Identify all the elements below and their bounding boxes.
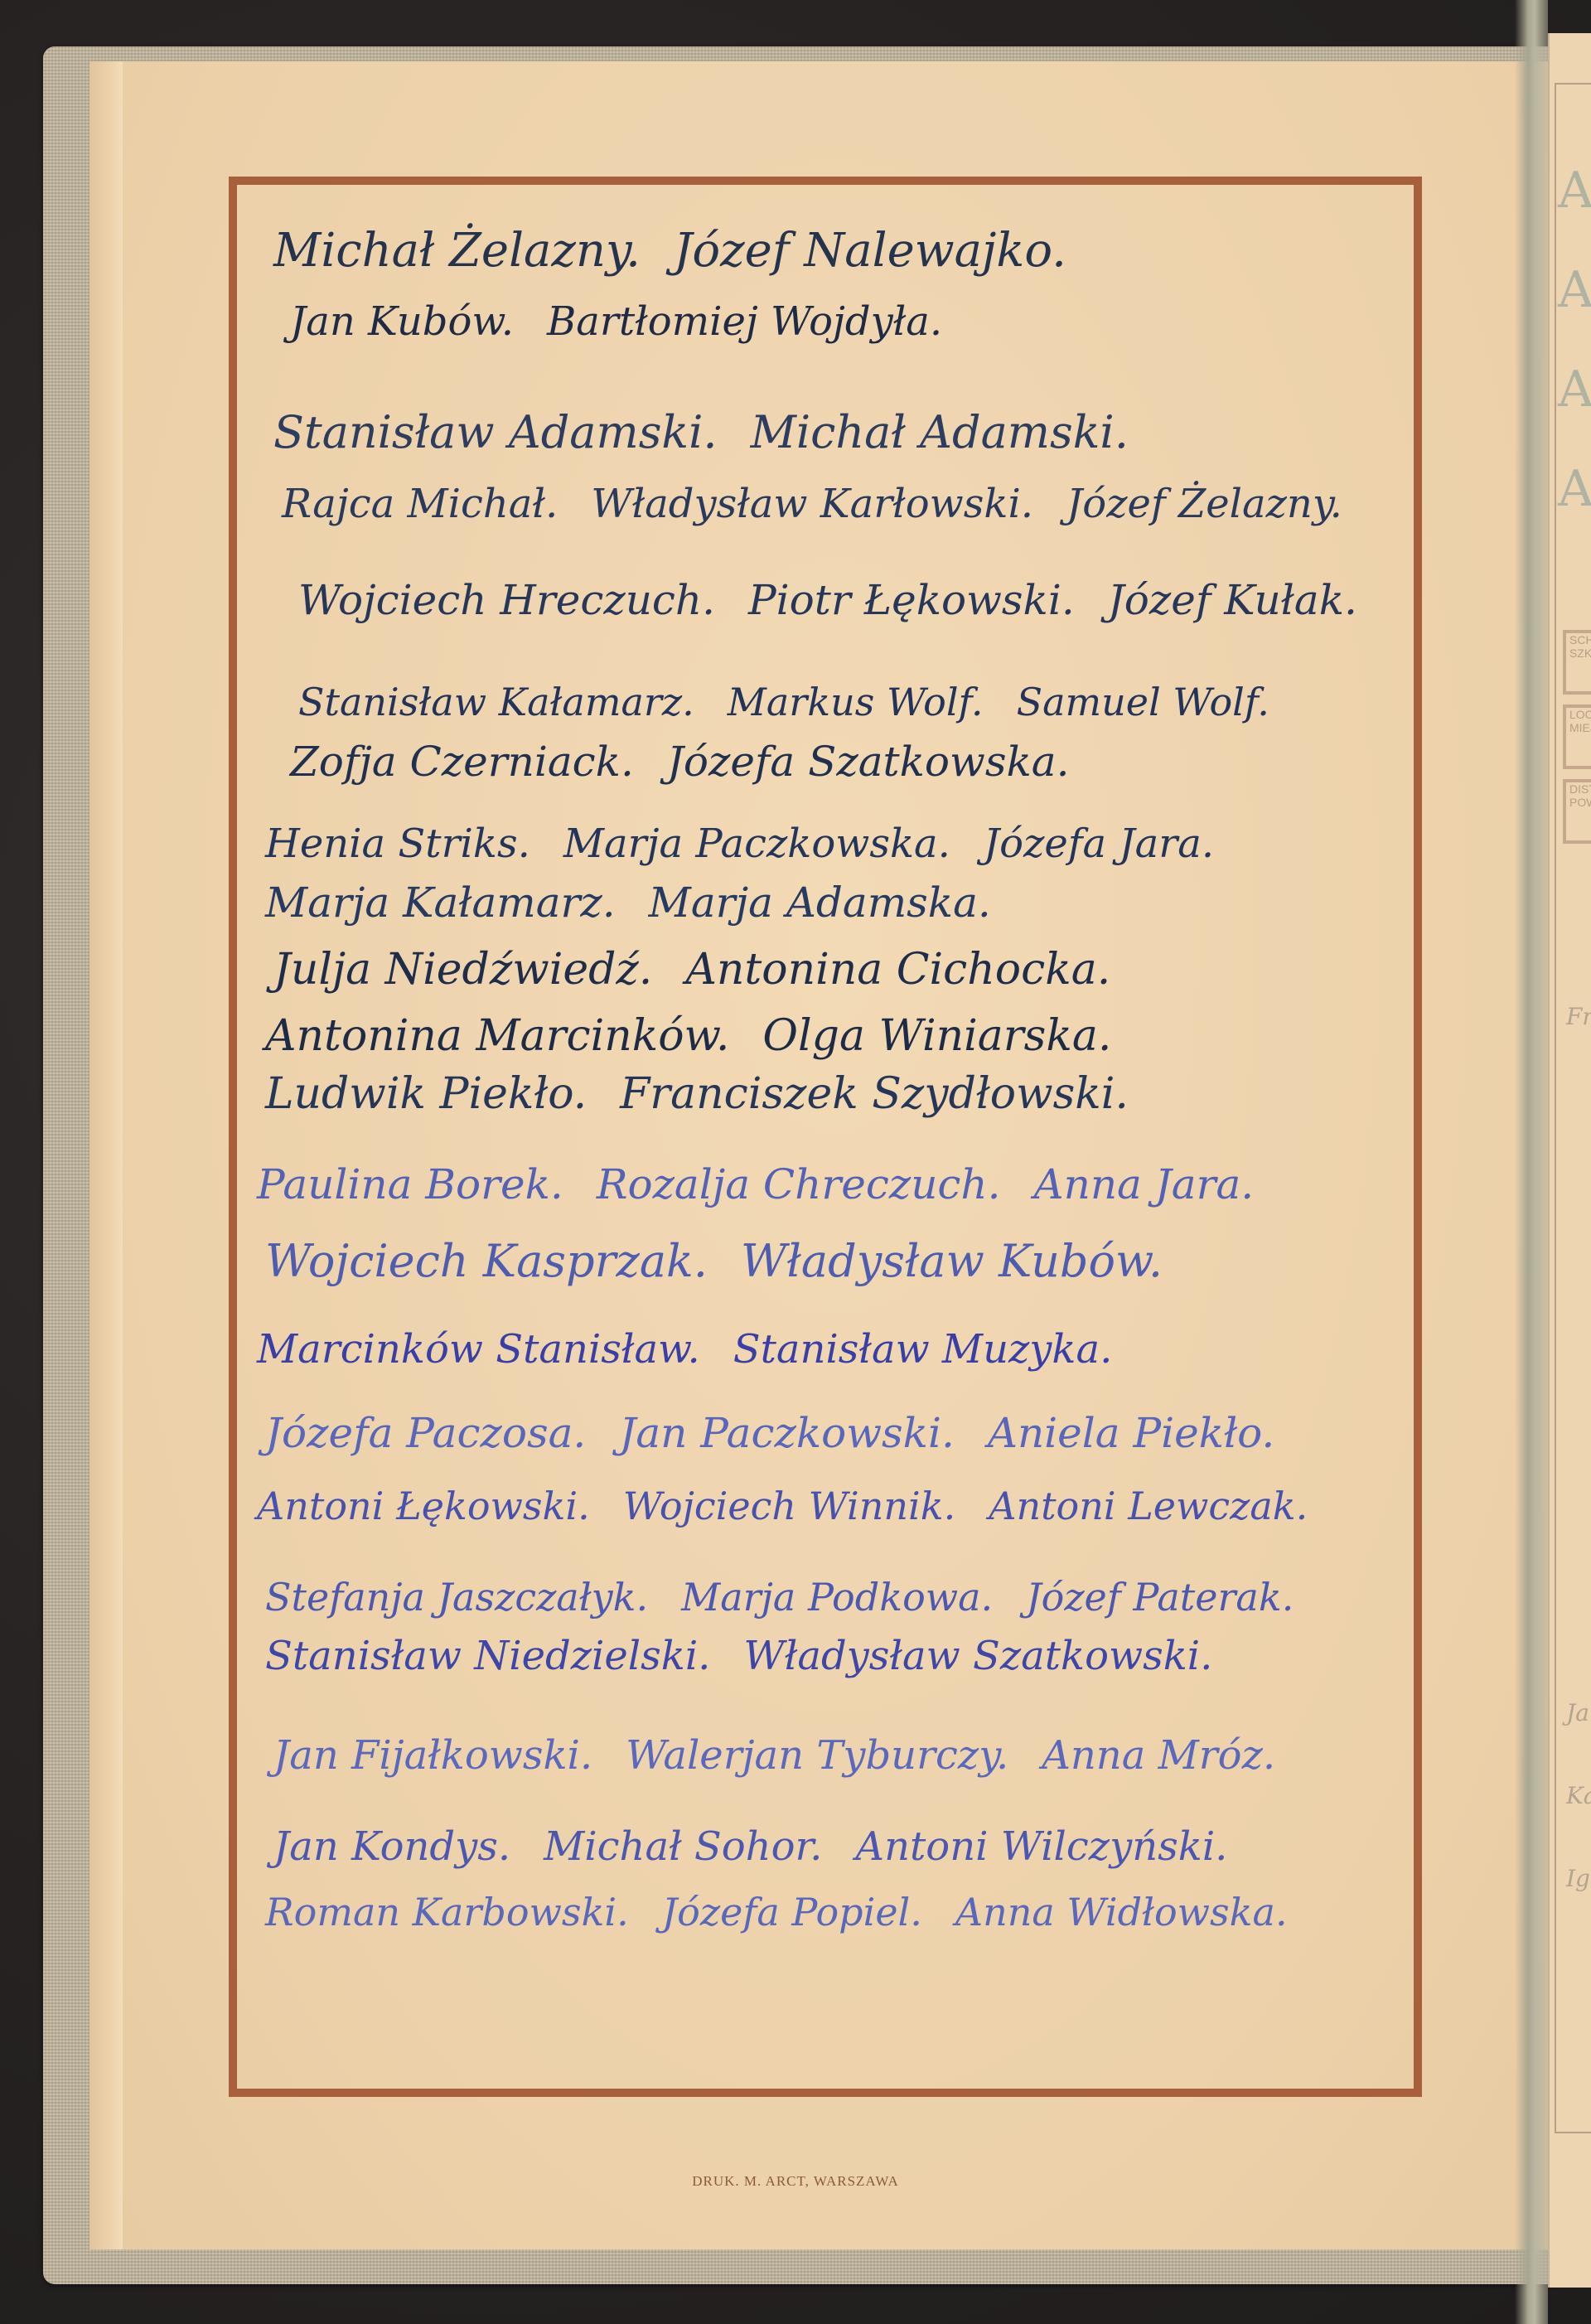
signature-name: Józef Nalewajko. [674,224,1066,278]
signature-name: Stefanja Jaszczałyk. [265,1575,648,1620]
signature-line: Rajca Michał.Władysław Karłowski.Józef Ż… [282,481,1376,527]
decorative-letter-icon: A [1558,464,1591,514]
adjacent-label-school: SCHOOL SZKOŁA [1563,630,1591,695]
signature-line: Stanisław Niedzielski.Władysław Szatkows… [265,1633,1245,1679]
signature-name: Wojciech Winnik. [623,1484,955,1528]
signature-name: Marja Kałamarz. [265,879,616,927]
signature-name: Franciszek Szydłowski. [620,1069,1129,1119]
signature-name: Aniela Piekło. [988,1409,1274,1457]
signature-line: Wojciech Hreczuch.Piotr Łękowski.Józef K… [298,576,1390,624]
adjacent-ghost-name: Kar [1566,1782,1591,1809]
signature-line: Zofja Czerniack.Józefa Szatkowska. [290,738,1103,786]
signature-line: Józefa Paczosa.Jan Paczkowski.Aniela Pie… [265,1409,1308,1457]
signature-name: Stanisław Niedzielski. [265,1633,710,1679]
signature-list: Michał Żelazny.Józef Nalewajko.Jan Kubów… [257,207,1400,2080]
signature-name: Józef Kułak. [1108,576,1357,624]
signature-name: Antoni Lewczak. [989,1484,1308,1528]
signature-name: Józef Paterak. [1026,1575,1294,1620]
signature-name: Paulina Borek. [257,1160,563,1208]
signature-name: Michał Adamski. [751,406,1129,458]
signature-line: Stefanja Jaszczałyk.Marja Podkowa.Józef … [265,1575,1327,1620]
signature-name: Józefa Paczosa. [265,1409,586,1457]
signature-line: Stanisław Adamski.Michał Adamski. [273,406,1162,458]
signature-name: Antonina Cichocka. [685,945,1110,995]
signature-name: Marja Podkowa. [681,1575,993,1620]
signature-name: Anna Widłowska. [955,1890,1288,1934]
signature-name: Rajca Michał. [282,481,558,527]
signature-name: Władysław Kubów. [741,1235,1163,1287]
page-stack-edge [89,61,124,2249]
signature-name: Marja Adamska. [649,879,991,927]
adjacent-ghost-name: Fran [1566,1003,1591,1030]
signature-line: Michał Żelazny.Józef Nalewajko. [273,224,1100,278]
decorative-letter-icon: A [1558,365,1591,414]
adjacent-label-district: DISTR POWI [1563,779,1591,844]
decorative-letter-icon: A [1558,166,1591,215]
signature-line: Marcinków Stanisław.Stanisław Muzyka. [257,1326,1145,1373]
signature-name: Władysław Karłowski. [591,481,1033,527]
signature-line: Wojciech Kasprzak.Władysław Kubów. [265,1235,1196,1287]
adjacent-ghost-name: Jan [1566,1699,1591,1726]
signature-name: Anna Mróz. [1042,1732,1275,1779]
signature-name: Bartłomiej Wojdyła. [547,298,942,345]
signature-name: Julja Niedźwiedź. [273,945,652,995]
signature-name: Rozalja Chreczuch. [597,1160,1001,1208]
signature-name: Jan Kubów. [290,298,514,345]
signature-name: Antonina Marcinków. [265,1011,729,1061]
signature-name: Jan Kondys. [273,1823,510,1870]
signature-name: Markus Wolf. [728,680,984,724]
signature-name: Antoni Łękowski. [257,1484,590,1528]
signature-line: Roman Karbowski.Józefa Popiel.Anna Widło… [265,1890,1321,1934]
printer-imprint: DRUK. M. ARCT, WARSZAWA [0,2173,1591,2190]
signature-name: Józef Żelazny. [1066,481,1342,527]
signature-line: Paulina Borek.Rozalja Chreczuch.Anna Jar… [257,1160,1287,1208]
signature-name: Stanisław Kałamarz. [298,680,694,724]
signature-name: Jan Fijałkowski. [273,1732,592,1779]
signature-line: Ludwik Piekło.Franciszek Szydłowski. [265,1069,1162,1119]
signature-name: Samuel Wolf. [1017,680,1269,724]
signature-line: Jan Kondys.Michał Sohor.Antoni Wilczyńsk… [273,1823,1260,1870]
signature-name: Walerjan Tyburczy. [626,1732,1008,1779]
signature-name: Marcinków Stanisław. [257,1326,700,1373]
signature-name: Zofja Czerniack. [290,738,634,786]
signature-name: Michał Sohor. [544,1823,822,1870]
signature-name: Roman Karbowski. [265,1890,629,1934]
signature-line: Jan Fijałkowski.Walerjan Tyburczy.Anna M… [273,1732,1308,1779]
book-gutter [1515,0,1548,2324]
signature-name: Józefa Szatkowska. [667,738,1070,786]
adjacent-ghost-name: Igna [1566,1865,1591,1892]
adjacent-label-local: LOCAL MIEJSC [1563,704,1591,769]
signature-name: Józefa Popiel. [662,1890,922,1934]
signature-line: Stanisław Kałamarz.Markus Wolf.Samuel Wo… [298,680,1303,724]
signature-line: Antonina Marcinków.Olga Winiarska. [265,1011,1144,1061]
signature-name: Stanisław Adamski. [273,406,718,458]
signature-line: Julja Niedźwiedź.Antonina Cichocka. [273,945,1144,995]
signature-name: Michał Żelazny. [273,224,641,278]
signature-name: Józefa Jara. [984,821,1214,867]
signature-name: Wojciech Kasprzak. [265,1235,708,1287]
signature-name: Stanisław Muzyka. [733,1326,1113,1373]
signature-name: Antoni Wilczyński. [855,1823,1227,1870]
signature-name: Władysław Szatkowski. [743,1633,1212,1679]
signature-line: Marja Kałamarz.Marja Adamska. [265,879,1024,927]
signature-name: Anna Jara. [1034,1160,1255,1208]
signature-line: Jan Kubów.Bartłomiej Wojdyła. [290,298,975,345]
signature-name: Henia Striks. [265,821,530,867]
signature-name: Jan Paczkowski. [619,1409,955,1457]
signature-line: Henia Striks.Marja Paczkowska.Józefa Jar… [265,821,1247,867]
signature-line: Antoni Łękowski.Wojciech Winnik.Antoni L… [257,1484,1341,1528]
signature-name: Piotr Łękowski. [748,576,1075,624]
signature-name: Ludwik Piekło. [265,1069,587,1119]
signature-name: Olga Winiarska. [762,1011,1111,1061]
signature-name: Marja Paczkowska. [563,821,950,867]
signature-name: Wojciech Hreczuch. [298,576,715,624]
decorative-letter-icon: A [1558,265,1591,315]
